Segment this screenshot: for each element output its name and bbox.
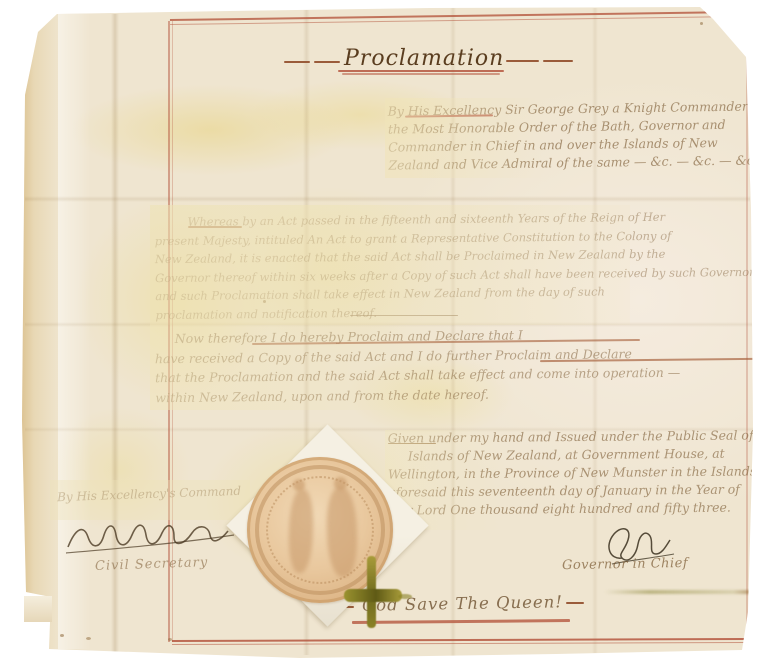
paragraph-testimonium: Given under my hand and Issued under the… [388, 426, 764, 519]
foxing-speck [700, 22, 703, 25]
command-text: By His Excellency's Command [57, 484, 241, 504]
paragraph-declaration: Now therefore I do hereby Proclaim and D… [155, 323, 766, 407]
footer-dash-right [566, 602, 584, 604]
ink-underline-whereas [188, 226, 242, 228]
photograph-of-proclamation-document: Proclamation By His Excellency Sir Georg… [0, 0, 770, 667]
horizontal-crease [25, 196, 750, 202]
ruled-border-top [170, 11, 748, 25]
wax-stain-smear [604, 590, 756, 594]
foxing-speck [86, 637, 91, 640]
title-dash-right [506, 60, 539, 62]
office-civil-secretary: Civil Secretary [95, 555, 209, 574]
seal-figure-head [334, 477, 347, 490]
manuscript-line: Our Lord One thousand eight hundred and … [388, 498, 763, 519]
manuscript-line: Zealand and Vice Admiral of the same — &… [388, 151, 760, 174]
wax-stain-cross-horizontal [344, 589, 402, 602]
paragraph-whereas: Whereas by an Act passed in the fifteent… [154, 207, 755, 324]
title-dash-left [284, 61, 310, 63]
title-dash-right [543, 60, 573, 62]
title-dash-left [314, 61, 340, 63]
parchment-underflap [24, 596, 52, 622]
foxing-speck [168, 638, 172, 641]
footer-red-underline [352, 619, 570, 623]
foxing-speck [755, 302, 759, 306]
ruled-border-bottom [172, 638, 757, 646]
paragraph-end-fill-line [350, 315, 458, 316]
ink-underline-given [388, 443, 436, 444]
title-red-underline [338, 70, 504, 72]
title-red-underline [342, 73, 500, 75]
wax-stain-dot [398, 594, 412, 599]
seal-figure-head [293, 479, 305, 491]
parchment-sheet: Proclamation By His Excellency Sir Georg… [0, 0, 770, 667]
paragraph-preamble: By His Excellency Sir George Grey a Knig… [388, 97, 761, 174]
office-governor-in-chief: Governor in Chief [562, 556, 688, 573]
seal-ring-inner [266, 476, 374, 584]
page-title: Proclamation [344, 46, 504, 71]
foxing-speck [60, 634, 64, 637]
